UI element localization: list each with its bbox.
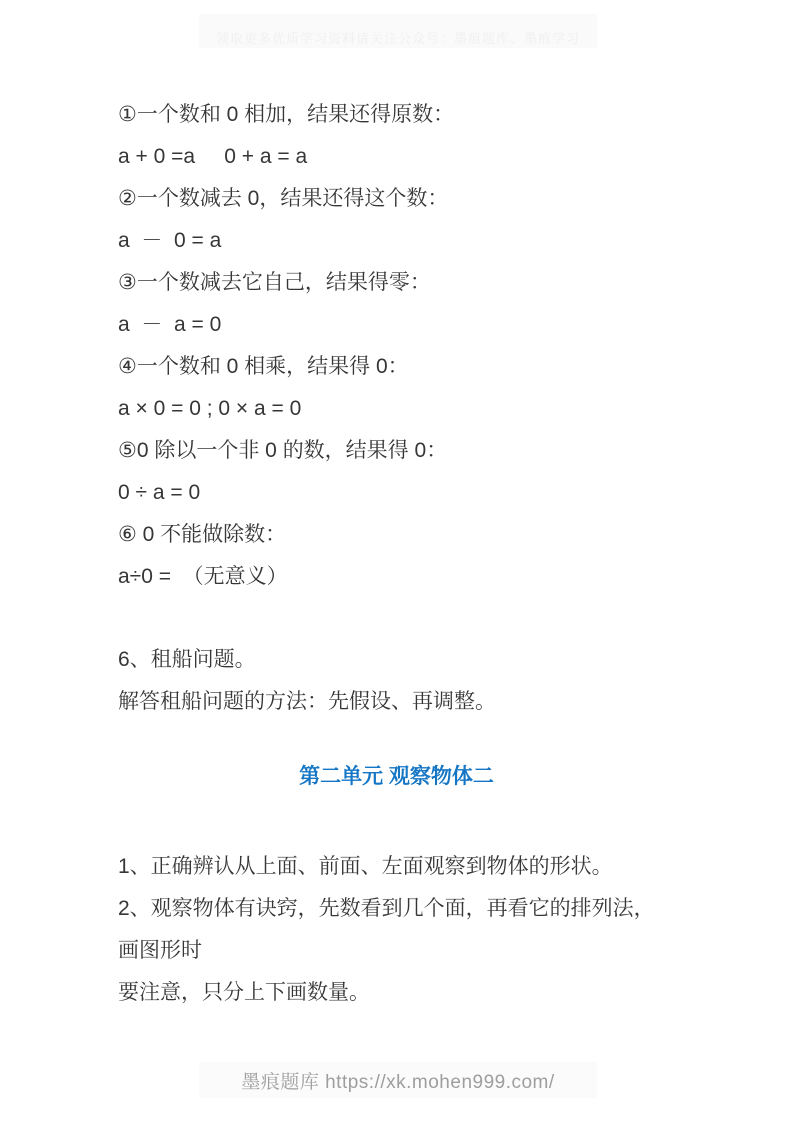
unit2-points-section: 1、正确辨认从上面、前面、左面观察到物体的形状。 2、观察物体有诀窍，先数看到几…: [118, 846, 675, 1014]
watermark-text: 领取更多优质学习资料请关注公众号：墨痕题库、墨痕学习: [216, 32, 580, 48]
rule-2-formula: a － 0 = a: [118, 220, 675, 262]
rule-5-label: ⑤0 除以一个非 0 的数，结果得 0：: [118, 430, 675, 472]
rule-3-formula: a － a = 0: [118, 304, 675, 346]
footer-bar: 墨痕题库 https://xk.mohen999.com/: [199, 1062, 597, 1098]
rule-3-label: ③一个数减去它自己，结果得零：: [118, 262, 675, 304]
item6-method: 解答租船问题的方法：先假设、再调整。: [118, 681, 675, 723]
unit2-point-1: 1、正确辨认从上面、前面、左面观察到物体的形状。: [118, 846, 675, 888]
rule-6-label: ⑥ 0 不能做除数：: [118, 514, 675, 556]
rule-4-formula: a × 0 = 0 ; 0 × a = 0: [118, 388, 675, 430]
rule-4-label: ④一个数和 0 相乘，结果得 0：: [118, 346, 675, 388]
unit2-point-2-line-2: 要注意，只分上下画数量。: [118, 972, 675, 1014]
rule-6-formula: a÷0 = （无意义）: [118, 556, 675, 598]
zero-rules-section: ①一个数和 0 相加，结果还得原数： a + 0 =a 0 + a = a ②一…: [118, 94, 675, 598]
footer-site-text: 墨痕题库 https://xk.mohen999.com/: [241, 1067, 554, 1094]
item6-title: 6、租船问题。: [118, 639, 675, 681]
unit2-heading: 第二单元 观察物体二: [118, 756, 675, 798]
top-watermark-bar: 领取更多优质学习资料请关注公众号：墨痕题库、墨痕学习: [199, 14, 597, 48]
rule-2-label: ②一个数减去 0，结果还得这个数：: [118, 178, 675, 220]
rule-1-formula: a + 0 =a 0 + a = a: [118, 136, 675, 178]
rule-1-label: ①一个数和 0 相加，结果还得原数：: [118, 94, 675, 136]
rule-5-formula: 0 ÷ a = 0: [118, 472, 675, 514]
boat-rental-section: 6、租船问题。 解答租船问题的方法：先假设、再调整。: [118, 639, 675, 723]
document-content: ①一个数和 0 相加，结果还得原数： a + 0 =a 0 + a = a ②一…: [0, 94, 793, 1014]
unit2-point-2-line-1: 2、观察物体有诀窍，先数看到几个面，再看它的排列法，画图形时: [118, 888, 675, 972]
